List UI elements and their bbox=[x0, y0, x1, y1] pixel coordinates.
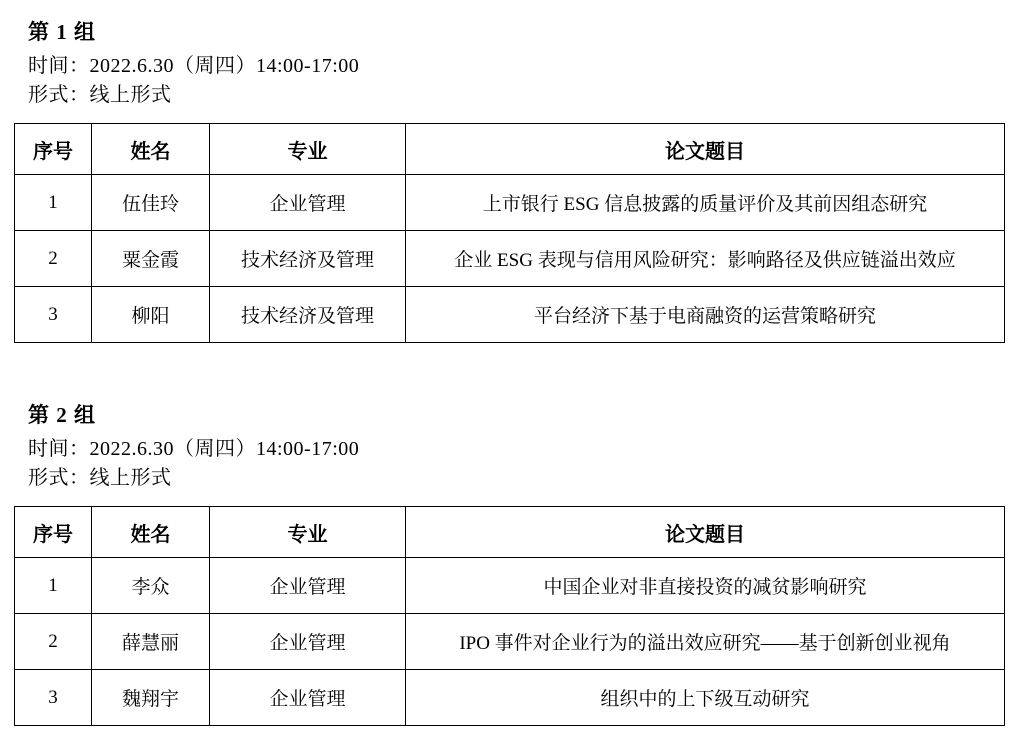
cell-thesis-title: 中国企业对非直接投资的减贫影响研究 bbox=[406, 558, 1005, 614]
cell-major: 企业管理 bbox=[210, 670, 406, 726]
cell-major: 技术经济及管理 bbox=[210, 231, 406, 287]
cell-major: 企业管理 bbox=[210, 558, 406, 614]
table-row: 1 李众 企业管理 中国企业对非直接投资的减贫影响研究 bbox=[15, 558, 1005, 614]
table-header-row: 序号 姓名 专业 论文题目 bbox=[15, 507, 1005, 558]
table-row: 3 魏翔宇 企业管理 组织中的上下级互动研究 bbox=[15, 670, 1005, 726]
group-1-title: 第 1 组 bbox=[28, 16, 1005, 46]
cell-major: 企业管理 bbox=[210, 175, 406, 231]
cell-name: 薛慧丽 bbox=[92, 614, 210, 670]
column-header-major: 专业 bbox=[210, 124, 406, 175]
cell-name: 粟金霞 bbox=[92, 231, 210, 287]
group-1-time-line: 时间：2022.6.30（周四）14:00-17:00 bbox=[28, 52, 1005, 81]
table-row: 1 伍佳玲 企业管理 上市银行 ESG 信息披露的质量评价及其前因组态研究 bbox=[15, 175, 1005, 231]
column-header-major: 专业 bbox=[210, 507, 406, 558]
cell-index: 3 bbox=[15, 670, 92, 726]
cell-major: 企业管理 bbox=[210, 614, 406, 670]
cell-thesis-title: IPO 事件对企业行为的溢出效应研究——基于创新创业视角 bbox=[406, 614, 1005, 670]
table-row: 2 粟金霞 技术经济及管理 企业 ESG 表现与信用风险研究：影响路径及供应链溢… bbox=[15, 231, 1005, 287]
cell-index: 1 bbox=[15, 175, 92, 231]
cell-thesis-title: 平台经济下基于电商融资的运营策略研究 bbox=[406, 287, 1005, 343]
column-header-index: 序号 bbox=[15, 507, 92, 558]
group-2-format-line: 形式：线上形式 bbox=[28, 464, 1005, 493]
document-page: 第 1 组 时间：2022.6.30（周四）14:00-17:00 形式：线上形… bbox=[0, 0, 1024, 744]
cell-name: 李众 bbox=[92, 558, 210, 614]
cell-major: 技术经济及管理 bbox=[210, 287, 406, 343]
table-row: 3 柳阳 技术经济及管理 平台经济下基于电商融资的运营策略研究 bbox=[15, 287, 1005, 343]
group-2-time-line: 时间：2022.6.30（周四）14:00-17:00 bbox=[28, 435, 1005, 464]
group-section-1: 第 1 组 时间：2022.6.30（周四）14:00-17:00 形式：线上形… bbox=[14, 16, 1005, 343]
cell-index: 2 bbox=[15, 614, 92, 670]
group-1-roster-table: 序号 姓名 专业 论文题目 1 伍佳玲 企业管理 上市银行 ESG 信息披露的质… bbox=[14, 123, 1005, 343]
column-header-name: 姓名 bbox=[92, 507, 210, 558]
cell-index: 2 bbox=[15, 231, 92, 287]
cell-name: 柳阳 bbox=[92, 287, 210, 343]
cell-thesis-title: 上市银行 ESG 信息披露的质量评价及其前因组态研究 bbox=[406, 175, 1005, 231]
cell-thesis-title: 组织中的上下级互动研究 bbox=[406, 670, 1005, 726]
cell-name: 伍佳玲 bbox=[92, 175, 210, 231]
cell-name: 魏翔宇 bbox=[92, 670, 210, 726]
cell-index: 1 bbox=[15, 558, 92, 614]
column-header-index: 序号 bbox=[15, 124, 92, 175]
table-header-row: 序号 姓名 专业 论文题目 bbox=[15, 124, 1005, 175]
cell-thesis-title: 企业 ESG 表现与信用风险研究：影响路径及供应链溢出效应 bbox=[406, 231, 1005, 287]
group-1-format-line: 形式：线上形式 bbox=[28, 81, 1005, 110]
group-2-title: 第 2 组 bbox=[28, 399, 1005, 429]
table-row: 2 薛慧丽 企业管理 IPO 事件对企业行为的溢出效应研究——基于创新创业视角 bbox=[15, 614, 1005, 670]
column-header-thesis-title: 论文题目 bbox=[406, 507, 1005, 558]
group-2-roster-table: 序号 姓名 专业 论文题目 1 李众 企业管理 中国企业对非直接投资的减贫影响研… bbox=[14, 506, 1005, 726]
cell-index: 3 bbox=[15, 287, 92, 343]
column-header-name: 姓名 bbox=[92, 124, 210, 175]
column-header-thesis-title: 论文题目 bbox=[406, 124, 1005, 175]
group-section-2: 第 2 组 时间：2022.6.30（周四）14:00-17:00 形式：线上形… bbox=[14, 399, 1005, 726]
